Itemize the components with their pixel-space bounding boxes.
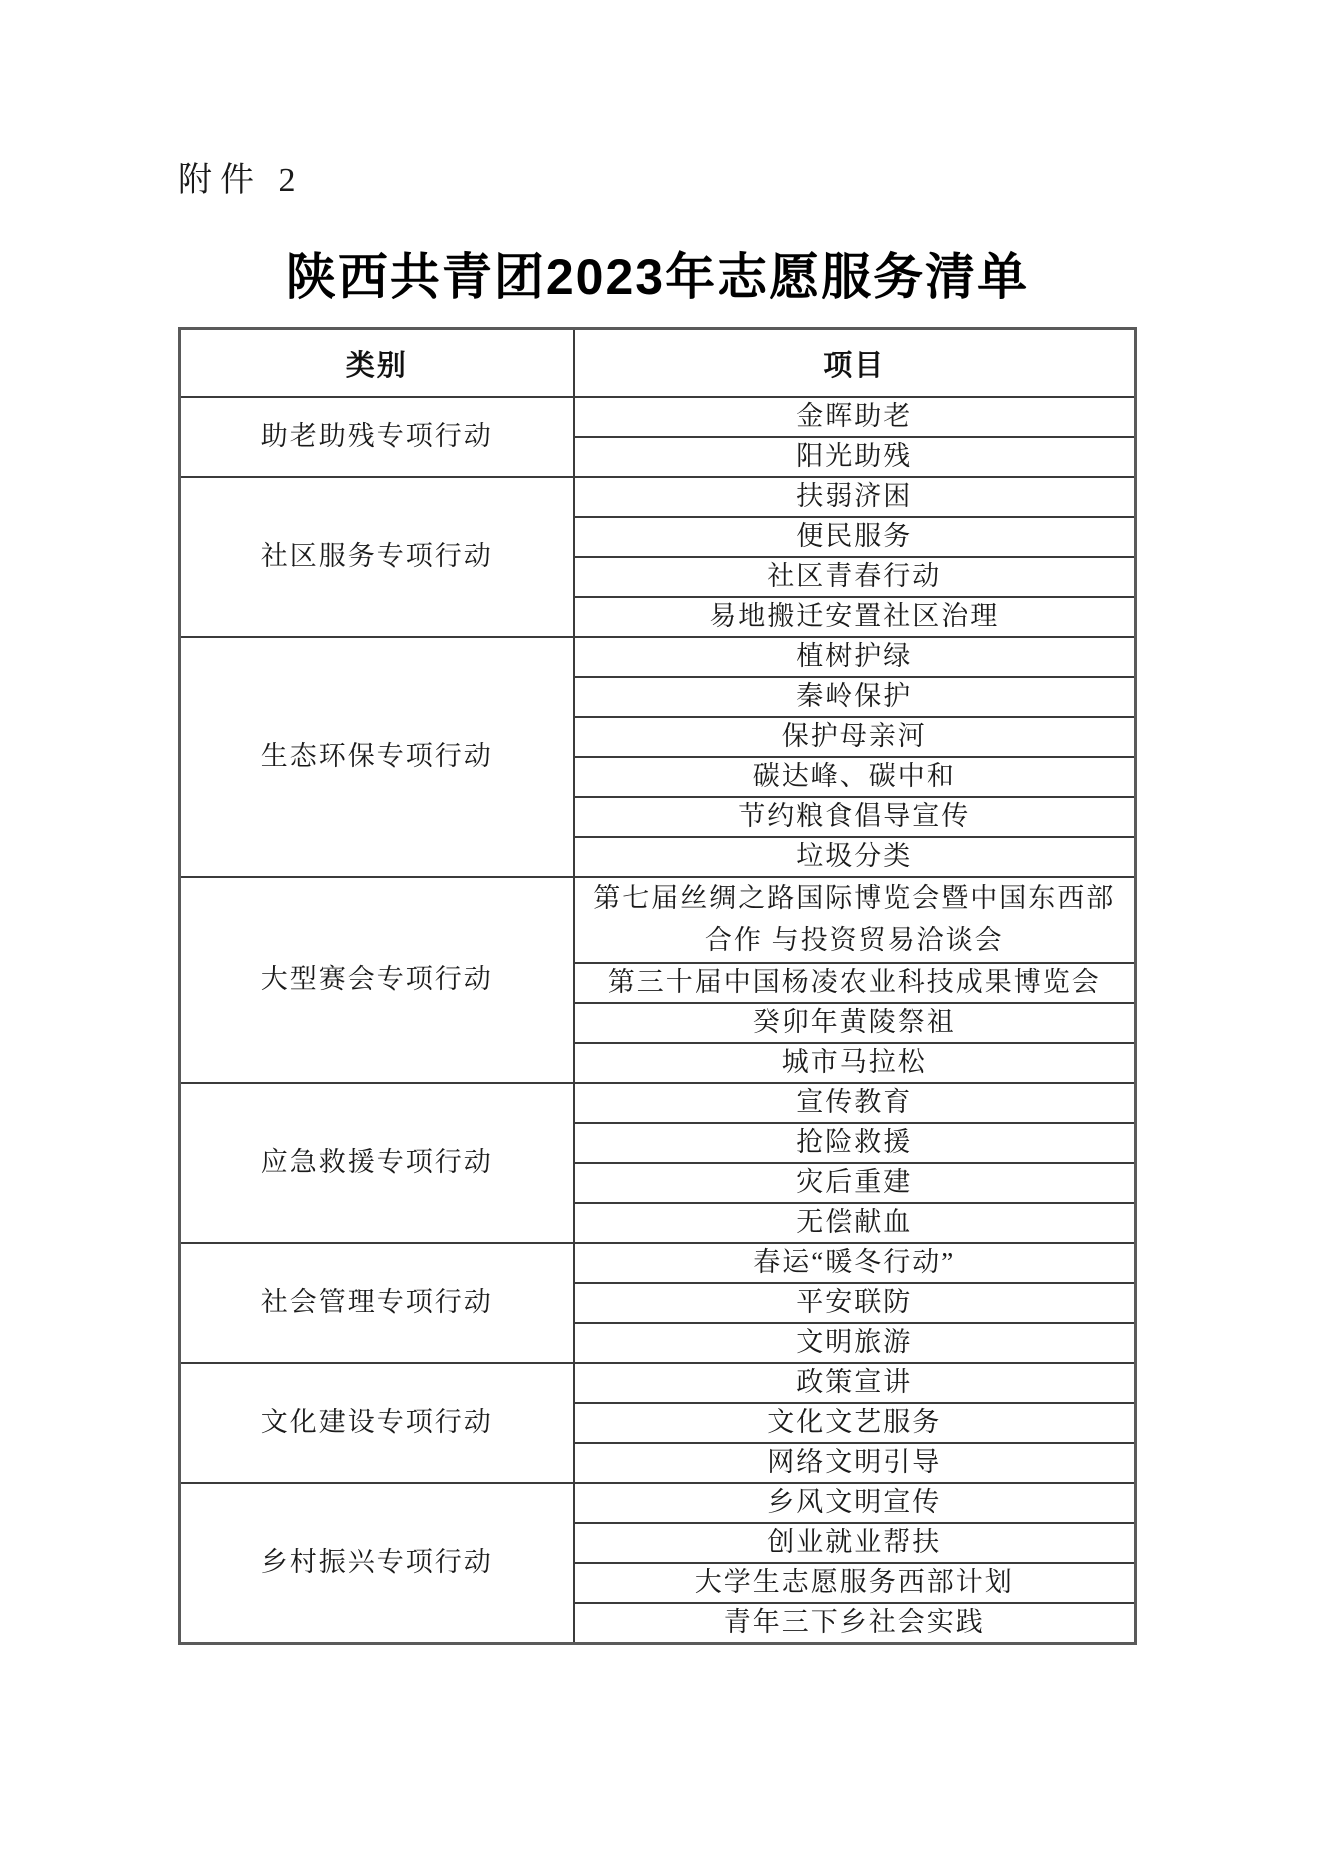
project-cell: 春运“暖冬行动”	[574, 1243, 1136, 1283]
project-cell: 无偿献血	[574, 1203, 1136, 1243]
project-cell: 创业就业帮扶	[574, 1523, 1136, 1563]
table-body: 助老助残专项行动金晖助老阳光助残社区服务专项行动扶弱济困便民服务社区青春行动易地…	[180, 397, 1136, 1644]
table-row: 应急救援专项行动宣传教育	[180, 1083, 1136, 1123]
table-header-row: 类别 项目	[180, 329, 1136, 398]
document-page: 附件 2 陕西共青团2023年志愿服务清单 类别 项目 助老助残专项行动金晖助老…	[0, 0, 1323, 1871]
project-cell: 易地搬迁安置社区治理	[574, 597, 1136, 637]
project-cell: 乡风文明宣传	[574, 1483, 1136, 1523]
category-cell: 生态环保专项行动	[180, 637, 574, 877]
project-cell: 植树护绿	[574, 637, 1136, 677]
project-cell: 抢险救援	[574, 1123, 1136, 1163]
project-cell: 第三十届中国杨凌农业科技成果博览会	[574, 963, 1136, 1003]
project-cell: 金晖助老	[574, 397, 1136, 437]
project-cell: 秦岭保护	[574, 677, 1136, 717]
project-cell: 阳光助残	[574, 437, 1136, 477]
table-row: 文化建设专项行动政策宣讲	[180, 1363, 1136, 1403]
project-cell: 碳达峰、碳中和	[574, 757, 1136, 797]
table-row: 大型赛会专项行动第七届丝绸之路国际博览会暨中国东西部合作 与投资贸易洽谈会	[180, 877, 1136, 963]
column-header-category: 类别	[180, 329, 574, 398]
project-cell: 保护母亲河	[574, 717, 1136, 757]
document-title: 陕西共青团2023年志愿服务清单	[178, 248, 1137, 306]
attachment-label: 附件 2	[178, 152, 304, 201]
project-cell: 文明旅游	[574, 1323, 1136, 1363]
category-cell: 乡村振兴专项行动	[180, 1483, 574, 1644]
project-cell: 平安联防	[574, 1283, 1136, 1323]
project-cell: 垃圾分类	[574, 837, 1136, 877]
project-cell: 城市马拉松	[574, 1043, 1136, 1083]
category-cell: 应急救援专项行动	[180, 1083, 574, 1243]
table-row: 社会管理专项行动春运“暖冬行动”	[180, 1243, 1136, 1283]
project-cell: 青年三下乡社会实践	[574, 1603, 1136, 1644]
project-cell: 宣传教育	[574, 1083, 1136, 1123]
table-row: 社区服务专项行动扶弱济困	[180, 477, 1136, 517]
category-cell: 助老助残专项行动	[180, 397, 574, 477]
category-cell: 大型赛会专项行动	[180, 877, 574, 1083]
project-cell: 大学生志愿服务西部计划	[574, 1563, 1136, 1603]
table-row: 乡村振兴专项行动乡风文明宣传	[180, 1483, 1136, 1523]
column-header-project: 项目	[574, 329, 1136, 398]
project-cell: 社区青春行动	[574, 557, 1136, 597]
category-cell: 社会管理专项行动	[180, 1243, 574, 1363]
project-cell: 癸卯年黄陵祭祖	[574, 1003, 1136, 1043]
project-cell: 第七届丝绸之路国际博览会暨中国东西部合作 与投资贸易洽谈会	[574, 877, 1136, 963]
volunteer-service-table: 类别 项目 助老助残专项行动金晖助老阳光助残社区服务专项行动扶弱济困便民服务社区…	[178, 327, 1137, 1645]
category-cell: 社区服务专项行动	[180, 477, 574, 637]
project-cell: 便民服务	[574, 517, 1136, 557]
category-cell: 文化建设专项行动	[180, 1363, 574, 1483]
project-cell: 网络文明引导	[574, 1443, 1136, 1483]
project-cell: 扶弱济困	[574, 477, 1136, 517]
table-row: 助老助残专项行动金晖助老	[180, 397, 1136, 437]
project-cell: 文化文艺服务	[574, 1403, 1136, 1443]
project-cell: 节约粮食倡导宣传	[574, 797, 1136, 837]
project-cell: 灾后重建	[574, 1163, 1136, 1203]
project-cell: 政策宣讲	[574, 1363, 1136, 1403]
table-row: 生态环保专项行动植树护绿	[180, 637, 1136, 677]
